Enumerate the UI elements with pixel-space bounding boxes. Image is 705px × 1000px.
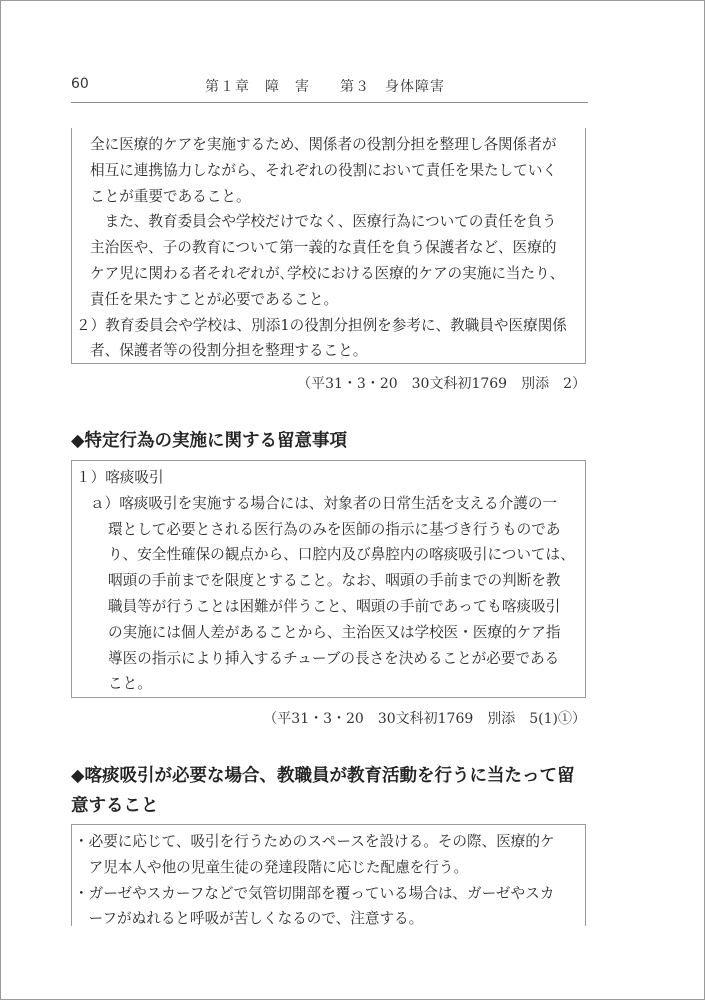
bullet-item: ・必要に応じて、吸引を行うためのスペースを設ける。その際、医療的ケ xyxy=(72,829,585,855)
text-line: 咽頭の手前までを限度とすること。なお、咽頭の手前までの判断を教 xyxy=(72,568,585,594)
quote-box-roles: 全に医療的ケアを実施するため、関係者の役割分担を整理し各関係者が 相互に連携協力… xyxy=(71,128,586,364)
bullet-item-continued: ア児本人や他の児童生徒の発達段階に応じた配慮を行う。 xyxy=(72,855,585,881)
page-number: 60 xyxy=(71,76,89,92)
text-line: ａ）喀痰吸引を実施する場合には、対象者の日常生活を支える介護の一 xyxy=(72,491,585,517)
citation: （平31・3・20 30文科初1769 別添 5(1)①） xyxy=(263,708,586,728)
quote-box-considerations: ・必要に応じて、吸引を行うためのスペースを設ける。その際、医療的ケ ア児本人や他… xyxy=(71,824,586,926)
chapter-title: 第１章 障 害 第３ 身体障害 xyxy=(205,76,445,96)
text-line: 責任を果たすことが必要であること。 xyxy=(72,287,585,313)
text-line: ケア児に関わる者それぞれが､学校における医療的ケアの実施に当たり、 xyxy=(72,261,585,287)
text-line: 主治医や、子の教育について第一義的な責任を負う保護者など、医療的 xyxy=(72,235,585,261)
text-line: り、安全性確保の観点から、口腔内及び鼻腔内の喀痰吸引については、 xyxy=(72,542,585,568)
text-line: 相互に連携協力しながら、それぞれの役割において責任を果たしていく xyxy=(72,158,585,184)
running-head: 60 第１章 障 害 第３ 身体障害 xyxy=(71,76,588,100)
text-line: の実施には個人差があることから、主治医又は学校医・医療的ケア指 xyxy=(72,620,585,646)
text-line: 環として必要とされる医行為のみを医師の指示に基づき行うものであ xyxy=(72,517,585,543)
text-line: 導医の指示により挿入するチューブの長さを決めることが必要である xyxy=(72,646,585,672)
text-line: 全に医療的ケアを実施するため、関係者の役割分担を整理し各関係者が xyxy=(72,132,585,158)
quote-box-suction: １）喀痰吸引 ａ）喀痰吸引を実施する場合には、対象者の日常生活を支える介護の一 … xyxy=(71,460,586,698)
item-label: １）喀痰吸引 xyxy=(72,465,585,491)
citation: （平31・3・20 30文科初1769 別添 2） xyxy=(297,373,586,393)
header-rule xyxy=(71,102,588,103)
text-line: 者、保護者等の役割分担を整理すること。 xyxy=(72,338,585,364)
text-line: また、教育委員会や学校だけでなく、医療行為についての責任を負う xyxy=(72,209,585,235)
section-heading-continued: 意すること xyxy=(71,791,159,821)
section-heading: ◆喀痰吸引が必要な場合、教職員が教育活動を行うに当たって留 xyxy=(71,761,574,791)
text-line: ことが重要であること。 xyxy=(72,184,585,210)
list-item-2: ２）教育委員会や学校は、別添1の役割分担例を参考に、教職員や医療関係 xyxy=(72,313,585,339)
section-heading: ◆特定行為の実施に関する留意事項 xyxy=(71,426,347,456)
text-line: こと。 xyxy=(72,671,585,697)
bullet-item: ・ガーゼやスカーフなどで気管切開部を覆っている場合は、ガーゼやスカ xyxy=(72,881,585,907)
bullet-item-continued: ーフがぬれると呼吸が苦しくなるので、注意する。 xyxy=(72,906,585,932)
text-line: 職員等が行うことは困難が伴うこと、咽頭の手前であっても喀痰吸引 xyxy=(72,594,585,620)
